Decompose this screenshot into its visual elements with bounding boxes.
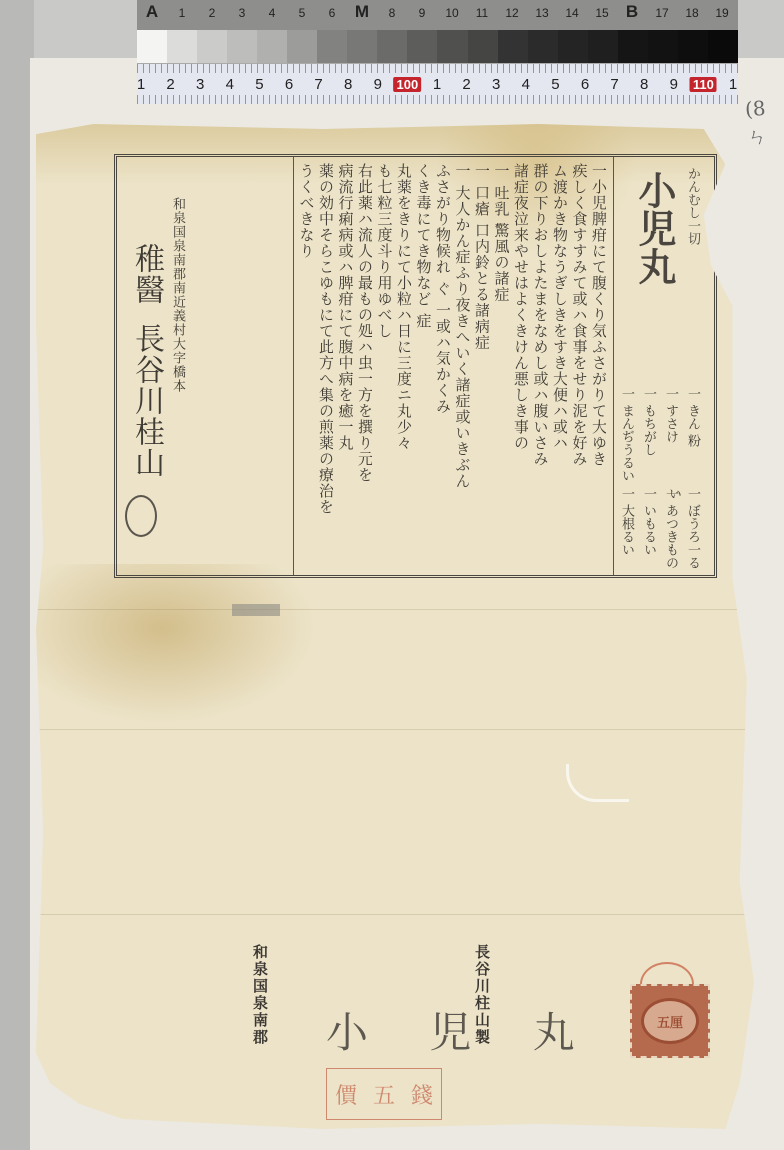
gray-patch xyxy=(468,30,498,63)
patch-label-row: A123456M89101112131415B171819 xyxy=(137,0,738,30)
seal-char: 錢 xyxy=(411,1079,433,1110)
gray-patch xyxy=(197,30,227,63)
gray-patch xyxy=(407,30,437,63)
body-text-column: も七粒三度斗り用ゆべし xyxy=(377,163,392,339)
patch-label: 5 xyxy=(299,6,306,20)
gray-patch xyxy=(287,30,317,63)
body-text-column: 疾しく食すすみて或ハ食事をせり泥を好み xyxy=(572,163,587,467)
ingredient-item: 一 きん 粉 xyxy=(683,387,702,447)
body-text-column: 群の下りおしよたまをなめし或ハ腹いさみ xyxy=(533,163,548,467)
seal-char: 五 xyxy=(373,1079,395,1110)
body-text-column: 薬の効中そらこゆもにて此方へ集の煎薬の療治を xyxy=(318,163,333,515)
ingredient-item: 一 まんぢうるい xyxy=(617,387,636,482)
pencil-catalog-note: (8ㄣ xyxy=(744,95,784,151)
ruler-number: 4 xyxy=(522,76,530,93)
document-title: 小児丸 xyxy=(627,171,682,285)
ink-smudge xyxy=(232,604,280,616)
body-text-column: くき毒にてき物など 症 xyxy=(416,163,431,329)
gray-patch xyxy=(167,30,197,63)
gray-patch xyxy=(347,30,377,63)
column-divider xyxy=(293,157,294,575)
ruler-number: 2 xyxy=(462,76,470,93)
ruler-number: 5 xyxy=(551,76,559,93)
patch-label: 6 xyxy=(329,6,336,20)
product-name-large: 小 児 丸 xyxy=(326,1000,599,1060)
ruler-number: 3 xyxy=(196,76,204,93)
body-text-column: ふさがり物候れ ぐ 一或ハ気かくみ xyxy=(435,163,450,415)
body-text-column: 一小児脾疳にて腹くり気ふさがりて大ゆき xyxy=(591,163,606,467)
body-text-column: ム渡かき物なうぎしきをすき大便ハ或ハ xyxy=(552,163,567,451)
gray-patch xyxy=(708,30,738,63)
seal-char: 價 xyxy=(335,1079,357,1110)
maker-title: 稚醫 xyxy=(131,243,161,305)
body-text-column: 丸薬をきりにて小粒ハ日に三度ニ丸少々 xyxy=(396,163,411,451)
ruler-number: 1 xyxy=(433,76,441,93)
gray-patch xyxy=(257,30,287,63)
patch-label: 10 xyxy=(445,6,458,20)
gray-patch xyxy=(558,30,588,63)
patch-label: 18 xyxy=(685,6,698,20)
patch-label: 4 xyxy=(269,6,276,20)
price-seal: 價 五 錢 xyxy=(326,1068,442,1120)
ruler-number: 7 xyxy=(314,76,322,93)
gray-patch xyxy=(137,30,167,63)
ingredient-item: 一 もちがし xyxy=(639,387,658,456)
ruler-number: 3 xyxy=(492,76,500,93)
ruler-number: 8 xyxy=(344,76,352,93)
address-line: 和泉国泉南郡 xyxy=(251,944,269,1046)
gray-patch xyxy=(678,30,708,63)
patch-label: B xyxy=(626,2,638,22)
gray-patch xyxy=(648,30,678,63)
patch-label: 3 xyxy=(239,6,246,20)
fold-line xyxy=(36,914,754,915)
ruler-ticks-top xyxy=(137,64,738,73)
ingredient-item: 一 すさけ xyxy=(661,387,680,443)
ruler-number: 100 xyxy=(394,77,422,92)
envelope-address-line: 和泉国泉南郡 xyxy=(250,944,271,1046)
ruler-number: 5 xyxy=(255,76,263,93)
ruler-number: 7 xyxy=(610,76,618,93)
maker-seal xyxy=(125,495,157,537)
patch-label: 12 xyxy=(505,6,518,20)
ruler-number: 9 xyxy=(670,76,678,93)
ruler-number: 6 xyxy=(285,76,293,93)
printed-text-block: かんむし一切 小児丸 一 きん 粉一 すさけ一 もちがし一 まんぢうるい一 ぼう… xyxy=(114,154,717,578)
patch-label: 13 xyxy=(535,6,548,20)
body-text-column: 一 口瘡 口内鈴とる諸病症 xyxy=(474,163,489,351)
patch-label: 2 xyxy=(209,6,216,20)
ruler-number: 6 xyxy=(581,76,589,93)
gray-patch xyxy=(227,30,257,63)
ruler-number: 8 xyxy=(640,76,648,93)
gray-patch xyxy=(528,30,558,63)
gray-patch xyxy=(317,30,347,63)
ingredient-item: 一 大根るい xyxy=(617,487,636,556)
ruler-number: 1 xyxy=(137,76,145,93)
ruler-number: 2 xyxy=(166,76,174,93)
title-ruby: かんむし一切 xyxy=(683,167,702,245)
ruler-number: 4 xyxy=(226,76,234,93)
body-text-column: 病流行痢病或ハ脾疳にて腹中病を癒一丸 xyxy=(338,163,353,451)
fold-line xyxy=(36,729,754,730)
fold-line xyxy=(36,609,754,610)
ingredient-item: 一 いもるい xyxy=(639,487,658,556)
scanner-background xyxy=(0,0,34,1150)
grayscale-patches xyxy=(137,30,738,63)
patch-label: 11 xyxy=(476,6,488,20)
revenue-stamp: 五厘 xyxy=(630,984,710,1058)
body-text-column: 諸症夜泣来やせはよくきけん悪しき事の xyxy=(513,163,528,451)
ingredient-item: 一 あつきもの xyxy=(661,487,680,569)
patch-label: A xyxy=(146,2,158,22)
body-text-column: 一 吐乳 驚風の諸症 xyxy=(494,163,509,303)
patch-label: 1 xyxy=(179,6,186,20)
patch-label: 19 xyxy=(715,6,728,20)
left-water-stain xyxy=(36,564,316,724)
gray-patch xyxy=(498,30,528,63)
measurement-ruler: 1234567891001234567891101 xyxy=(137,63,738,104)
body-text-column: うくべきなり xyxy=(299,163,314,259)
ruler-ticks-bottom xyxy=(137,95,738,104)
ruler-number: 110 xyxy=(690,77,717,92)
gray-patch xyxy=(588,30,618,63)
ruler-number: 1 xyxy=(729,76,737,93)
body-text-column: 右此薬ハ流人の最もの処ハ虫一方を撰り元を xyxy=(357,163,372,483)
maker-name: 長谷川桂山 xyxy=(131,323,161,478)
patch-label: 15 xyxy=(595,6,608,20)
maker-address: 和泉国泉南郡南近義村大字橋本 xyxy=(171,197,184,393)
gray-patch xyxy=(377,30,407,63)
patch-label: 8 xyxy=(389,6,396,20)
ruler-number: 9 xyxy=(374,76,382,93)
patch-label: 9 xyxy=(419,6,426,20)
gray-patch xyxy=(437,30,467,63)
body-text-column: 一 大人かん症ふり夜きへいく諸症或いきぶん xyxy=(455,163,470,489)
patch-label: 14 xyxy=(565,6,578,20)
patch-label: M xyxy=(355,2,369,22)
ingredients-list: 一 きん 粉一 すさけ一 もちがし一 まんぢうるい一 ぼうろ一るい一 あつきもの… xyxy=(614,387,706,577)
patch-label: 17 xyxy=(655,6,668,20)
document-sheet: かんむし一切 小児丸 一 きん 粉一 すさけ一 もちがし一 まんぢうるい一 ぼう… xyxy=(36,124,754,1134)
stamp-denomination: 五厘 xyxy=(641,998,699,1044)
paper-tear xyxy=(566,764,629,802)
gray-patch xyxy=(618,30,648,63)
